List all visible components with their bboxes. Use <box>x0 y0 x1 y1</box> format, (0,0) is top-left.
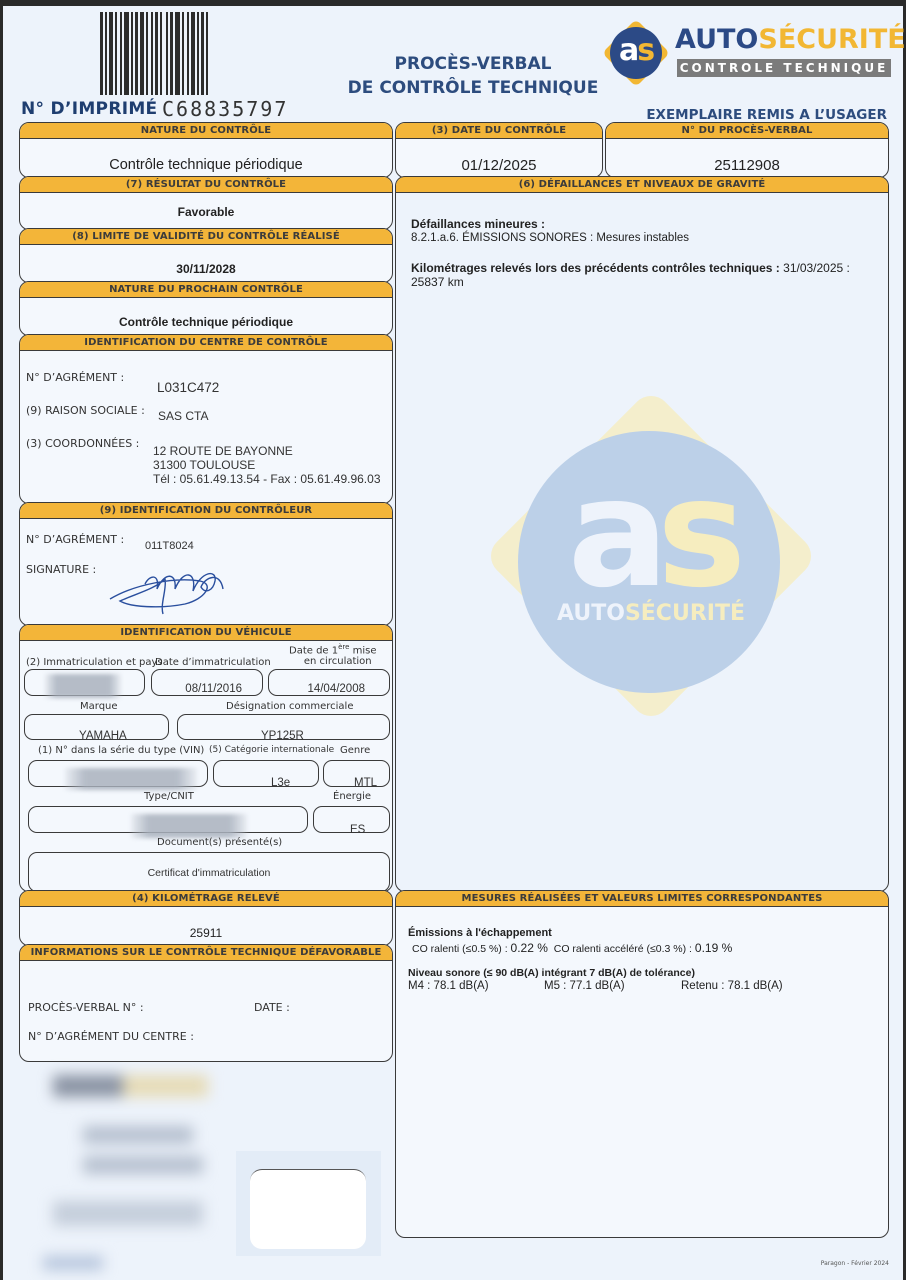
section-header: (4) KILOMÉTRAGE RELEVÉ <box>20 891 392 907</box>
exemplaire-label: EXEMPLAIRE REMIS A L’USAGER <box>646 107 887 123</box>
centre-controle-box: IDENTIFICATION DU CENTRE DE CONTRÔLE N° … <box>19 334 393 504</box>
vin-field <box>28 760 208 787</box>
section-header: (3) DATE DU CONTRÔLE <box>396 123 602 139</box>
defavorable-date-label: DATE : <box>254 1001 290 1014</box>
categorie-value: L3e <box>271 777 290 789</box>
phone-fax: Tél : 05.61.49.13.54 - Fax : 05.61.49.96… <box>153 472 381 486</box>
redacted-vin <box>65 768 197 790</box>
documents-label: Document(s) présenté(s) <box>157 837 282 848</box>
section-header: (9) IDENTIFICATION DU CONTRÔLEUR <box>20 503 392 519</box>
section-header: NATURE DU PROCHAIN CONTRÔLE <box>20 282 392 298</box>
resultat-value: Favorable <box>20 205 392 219</box>
type-cnit-label: Type/CNIT <box>144 791 194 802</box>
defavorable-pv-label: PROCÈS-VERBAL N° : <box>28 1001 144 1014</box>
signature-label: SIGNATURE : <box>26 563 96 576</box>
section-header: (6) DÉFAILLANCES ET NIVEAUX DE GRAVITÉ <box>396 177 888 193</box>
centre-agrement-value: L031C472 <box>157 380 219 395</box>
autosecurite-watermark-icon: as AUTOSÉCURITÉ <box>496 409 806 709</box>
genre-label: Genre <box>340 745 370 756</box>
immat-label: (2) Immatriculation et pays <box>26 657 163 668</box>
footer-note: Paragon - Février 2024 <box>821 1260 889 1267</box>
date-immat-field: 08/11/2016 <box>151 669 263 696</box>
marque-value: YAMAHA <box>79 730 127 742</box>
section-header: IDENTIFICATION DU CENTRE DE CONTRÔLE <box>20 335 392 351</box>
energie-value: ES <box>350 824 365 836</box>
designation-label: Désignation commerciale <box>226 701 353 712</box>
premiere-mise-field: 14/04/2008 <box>268 669 390 696</box>
premiere-mise-value: 14/04/2008 <box>307 683 365 695</box>
autosecurite-logo: as AUTOSÉCURITÉ CONTROLE TECHNIQUE <box>607 24 897 84</box>
date-controle-box: (3) DATE DU CONTRÔLE 01/12/2025 <box>395 122 603 178</box>
logo-wordmark: AUTOSÉCURITÉ <box>675 24 906 56</box>
section-header: IDENTIFICATION DU VÉHICULE <box>20 625 392 641</box>
resultat-box: (7) RÉSULTAT DU CONTRÔLE Favorable <box>19 176 393 230</box>
redacted-address-block <box>23 1071 233 1280</box>
designation-field: YP125R <box>177 714 390 740</box>
section-header: INFORMATIONS SUR LE CONTRÔLE TECHNIQUE D… <box>20 945 392 961</box>
redacted-type-cnit <box>131 814 247 838</box>
mesures-box: MESURES RÉALISÉES ET VALEURS LIMITES COR… <box>395 890 889 1238</box>
marque-label: Marque <box>80 701 118 712</box>
co-measures: CO ralenti (≤0.5 %) : 0.22 % CO ralenti … <box>412 941 732 955</box>
energie-field: ES <box>313 806 390 833</box>
nature-controle-box: NATURE DU CONTRÔLE Contrôle technique pé… <box>19 122 393 178</box>
controleur-box: (9) IDENTIFICATION DU CONTRÔLEUR N° D’AG… <box>19 502 393 626</box>
blank-stamp-box <box>250 1169 366 1249</box>
signature-scribble <box>105 559 235 619</box>
m5-value: M5 : 77.1 dB(A) <box>544 980 625 992</box>
defavorable-agrement-label: N° D’AGRÉMENT DU CENTRE : <box>28 1030 194 1043</box>
prochain-controle-value: Contrôle technique périodique <box>20 315 392 329</box>
defavorable-box: INFORMATIONS SUR LE CONTRÔLE TECHNIQUE D… <box>19 944 393 1062</box>
date-immat-label: Date d’immatriculation <box>155 657 271 668</box>
document-page: N° D’IMPRIMÉ C68835797 PROCÈS-VERBAL DE … <box>3 6 903 1280</box>
limite-validite-box: (8) LIMITE DE VALIDITÉ DU CONTRÔLE RÉALI… <box>19 228 393 283</box>
imprime-number: C68835797 <box>162 97 288 121</box>
stamp-window <box>236 1151 381 1256</box>
raison-sociale-value: SAS CTA <box>158 409 208 423</box>
limite-validite-value: 30/11/2028 <box>20 262 392 276</box>
section-header: N° DU PROCÈS-VERBAL <box>606 123 888 139</box>
prochain-controle-box: NATURE DU PROCHAIN CONTRÔLE Contrôle tec… <box>19 281 393 336</box>
section-header: (7) RÉSULTAT DU CONTRÔLE <box>20 177 392 193</box>
centre-agrement-label: N° D’AGRÉMENT : <box>26 371 124 384</box>
address-line-2: 31300 TOULOUSE <box>153 458 255 472</box>
address-line-1: 12 ROUTE DE BAYONNE <box>153 444 293 458</box>
genre-value: MTL <box>354 777 377 789</box>
documents-field: Certificat d'immatriculation <box>28 852 390 892</box>
document-title: PROCÈS-VERBAL DE CONTRÔLE TECHNIQUE <box>343 52 603 100</box>
vin-label: (1) N° dans la série du type (VIN) <box>38 745 204 756</box>
controleur-agrement-label: N° D’AGRÉMENT : <box>26 533 124 546</box>
kilometrage-box: (4) KILOMÉTRAGE RELEVÉ 25911 <box>19 890 393 946</box>
numero-pv-value: 25112908 <box>606 157 888 174</box>
km-precedents: Kilométrages relevés lors des précédents… <box>411 261 871 289</box>
title-line-1: PROCÈS-VERBAL <box>343 52 603 76</box>
energie-label: Énergie <box>333 791 371 802</box>
emissions-title: Émissions à l'échappement <box>408 927 552 939</box>
imprime-label: N° D’IMPRIMÉ <box>21 99 157 119</box>
designation-value: YP125R <box>261 730 304 742</box>
defaillance-item: 8.2.1.a.6. ÉMISSIONS SONORES : Mesures i… <box>411 232 689 244</box>
defaillances-mineures-title: Défaillances mineures : <box>411 217 545 231</box>
section-header: NATURE DU CONTRÔLE <box>20 123 392 139</box>
coordonnees-label: (3) COORDONNÉES : <box>26 437 139 450</box>
numero-pv-box: N° DU PROCÈS-VERBAL 25112908 <box>605 122 889 178</box>
categorie-label: (5) Catégorie internationale <box>209 745 334 755</box>
documents-value: Certificat d'immatriculation <box>29 867 389 879</box>
date-immat-value: 08/11/2016 <box>185 683 242 695</box>
section-header: MESURES RÉALISÉES ET VALEURS LIMITES COR… <box>396 891 888 907</box>
barcode <box>100 12 264 95</box>
nature-controle-value: Contrôle technique périodique <box>20 157 392 173</box>
controleur-agrement-value: 011T8024 <box>145 540 194 552</box>
marque-field: YAMAHA <box>24 714 169 740</box>
kilometrage-value: 25911 <box>20 926 392 940</box>
type-cnit-field <box>28 806 308 833</box>
categorie-field: L3e <box>213 760 319 787</box>
immat-field <box>24 669 145 696</box>
m4-value: M4 : 78.1 dB(A) <box>408 980 489 992</box>
raison-sociale-label: (9) RAISON SOCIALE : <box>26 404 145 417</box>
section-header: (8) LIMITE DE VALIDITÉ DU CONTRÔLE RÉALI… <box>20 229 392 245</box>
as-badge-icon: as <box>607 24 665 82</box>
retenu-value: Retenu : 78.1 dB(A) <box>681 980 783 992</box>
date-controle-value: 01/12/2025 <box>396 157 602 174</box>
title-line-2: DE CONTRÔLE TECHNIQUE <box>343 76 603 100</box>
sonore-title: Niveau sonore (≤ 90 dB(A) intégrant 7 dB… <box>408 967 695 979</box>
premiere-mise-label: Date de 1ère mise en circulation <box>289 643 377 667</box>
redacted-immatriculation <box>45 674 121 698</box>
genre-field: MTL <box>323 760 390 787</box>
logo-subtitle: CONTROLE TECHNIQUE <box>677 59 891 77</box>
vehicule-box: IDENTIFICATION DU VÉHICULE (2) Immatricu… <box>19 624 393 892</box>
